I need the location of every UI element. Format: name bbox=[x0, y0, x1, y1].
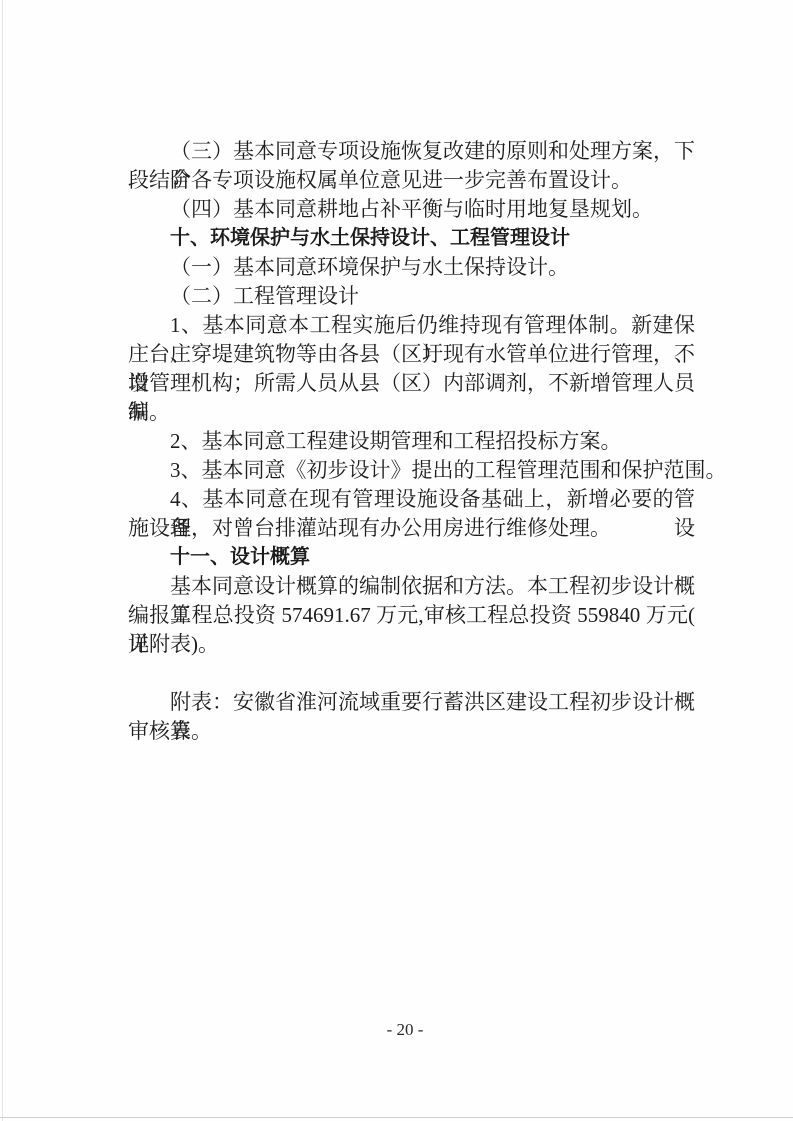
document-line: 庄台、穿堤建筑物等由各县（区）现有水管单位进行管理，不增 bbox=[128, 340, 695, 369]
section-heading-10: 十、环境保护与水土保持设计、工程管理设计 bbox=[128, 224, 695, 253]
document-line: 段结合各专项设施权属单位意见进一步完善布置设计。 bbox=[128, 166, 695, 195]
document-line: 基本同意设计概算的编制依据和方法。本工程初步设计概算 bbox=[128, 572, 695, 601]
document-line: 2、基本同意工程建设期管理和工程招投标方案。 bbox=[128, 427, 695, 456]
document-line: 1、基本同意本工程实施后仍维持现有管理体制。新建保庄圩、 bbox=[128, 311, 695, 340]
document-line: 制。 bbox=[128, 398, 695, 427]
document-line: 4、基本同意在现有管理设施设备基础上，新增必要的管理设 bbox=[128, 485, 695, 514]
document-page: （三）基本同意专项设施恢复改建的原则和处理方案，下阶 段结合各专项设施权属单位意… bbox=[0, 0, 793, 1121]
section-heading-11: 十一、设计概算 bbox=[128, 543, 695, 572]
document-text-block: （三）基本同意专项设施恢复改建的原则和处理方案，下阶 段结合各专项设施权属单位意… bbox=[128, 137, 695, 746]
document-line: 见附表)。 bbox=[128, 630, 695, 659]
document-line: 设管理机构；所需人员从县（区）内部调剂，不新增管理人员编 bbox=[128, 369, 695, 398]
attachment-note-line: 附表：安徽省淮河流域重要行蓄洪区建设工程初步设计概算 bbox=[128, 688, 695, 717]
page-number: - 20 - bbox=[0, 1019, 793, 1041]
document-line: （一）基本同意环境保护与水土保持设计。 bbox=[128, 253, 695, 282]
attachment-note-line: 审核表。 bbox=[128, 717, 695, 746]
document-line: 施设备，对曾台排灌站现有办公用房进行维修处理。 bbox=[128, 514, 695, 543]
document-line: 3、基本同意《初步设计》提出的工程管理范围和保护范围。 bbox=[128, 456, 695, 485]
document-line: （三）基本同意专项设施恢复改建的原则和处理方案，下阶 bbox=[128, 137, 695, 166]
scan-bottom-edge bbox=[0, 1117, 793, 1118]
blank-line bbox=[128, 659, 695, 688]
document-line: （二）工程管理设计 bbox=[128, 282, 695, 311]
document-line: （四）基本同意耕地占补平衡与临时用地复垦规划。 bbox=[128, 195, 695, 224]
scan-left-edge bbox=[2, 0, 3, 1121]
investment-figures-line: 编报工程总投资 574691.67 万元,审核工程总投资 559840 万元( … bbox=[128, 601, 695, 630]
